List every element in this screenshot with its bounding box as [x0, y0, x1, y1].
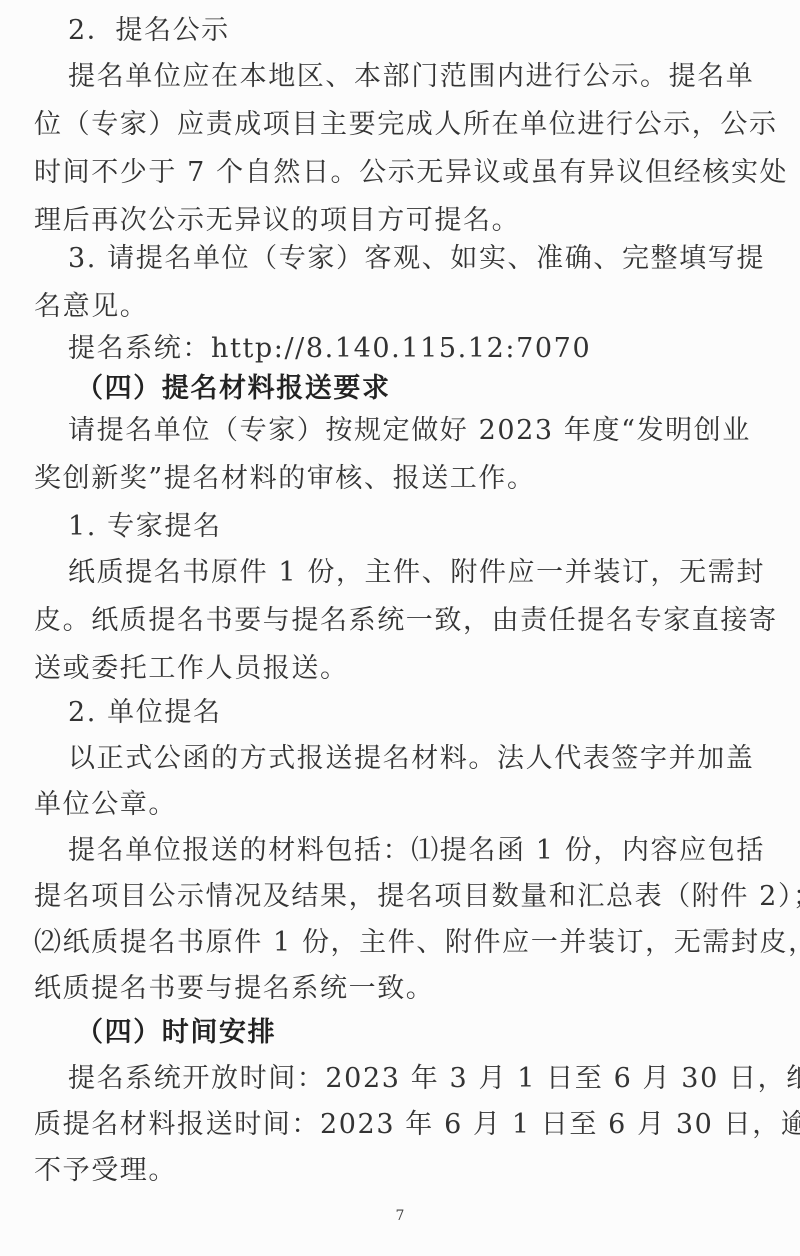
paragraph-line: 提名单位应在本地区、本部门范围内进行公示。提名单: [68, 60, 754, 94]
subsection-title: 1. 专家提名: [68, 510, 222, 544]
paragraph-line: 理后再次公示无异议的项目方可提名。: [34, 204, 520, 238]
paragraph-line: 提名系统开放时间：2023 年 3 月 1 日至 6 月 30 日，纸: [68, 1062, 800, 1096]
paragraph-line: 位（专家）应责成项目主要完成人所在单位进行公示，公示: [34, 108, 778, 142]
section-heading: （四）提名材料报送要求: [76, 372, 391, 406]
system-url-line: 提名系统：http://8.140.115.12:7070: [68, 332, 591, 366]
subsection-title: 2. 单位提名: [68, 696, 222, 730]
paragraph-line: 质提名材料报送时间：2023 年 6 月 1 日至 6 月 30 日，逾期: [34, 1108, 800, 1142]
paragraph-line: 3. 请提名单位（专家）客观、如实、准确、完整填写提: [68, 242, 765, 276]
paragraph-line: 皮。纸质提名书要与提名系统一致，由责任提名专家直接寄: [34, 604, 778, 638]
paragraph-line: 以正式公函的方式报送提名材料。法人代表签字并加盖: [68, 742, 754, 776]
paragraph-line: 送或委托工作人员报送。: [34, 652, 349, 686]
paragraph-line: 提名单位报送的材料包括：⑴提名函 1 份，内容应包括: [68, 834, 765, 868]
paragraph-line: 奖创新奖”提名材料的审核、报送工作。: [34, 462, 536, 496]
paragraph-line: 不予受理。: [34, 1154, 177, 1188]
paragraph-line: ⑵纸质提名书原件 1 份，主件、附件应一并装订，无需封皮，: [34, 926, 800, 960]
paragraph-line: 纸质提名书要与提名系统一致。: [34, 972, 434, 1006]
section-heading: （四）时间安排: [76, 1016, 276, 1050]
document-page: 2．提名公示 提名单位应在本地区、本部门范围内进行公示。提名单 位（专家）应责成…: [0, 0, 800, 1256]
subsection-title: 2．提名公示: [68, 14, 230, 48]
page-number: 7: [0, 1208, 800, 1224]
paragraph-line: 时间不少于 7 个自然日。公示无异议或虽有异议但经核实处: [34, 156, 788, 190]
paragraph-line: 名意见。: [34, 290, 148, 324]
paragraph-line: 单位公章。: [34, 788, 177, 822]
paragraph-line: 纸质提名书原件 1 份，主件、附件应一并装订，无需封: [68, 556, 765, 590]
paragraph-line: 请提名单位（专家）按规定做好 2023 年度“发明创业: [68, 414, 751, 448]
paragraph-line: 提名项目公示情况及结果，提名项目数量和汇总表（附件 2）；: [34, 880, 800, 914]
